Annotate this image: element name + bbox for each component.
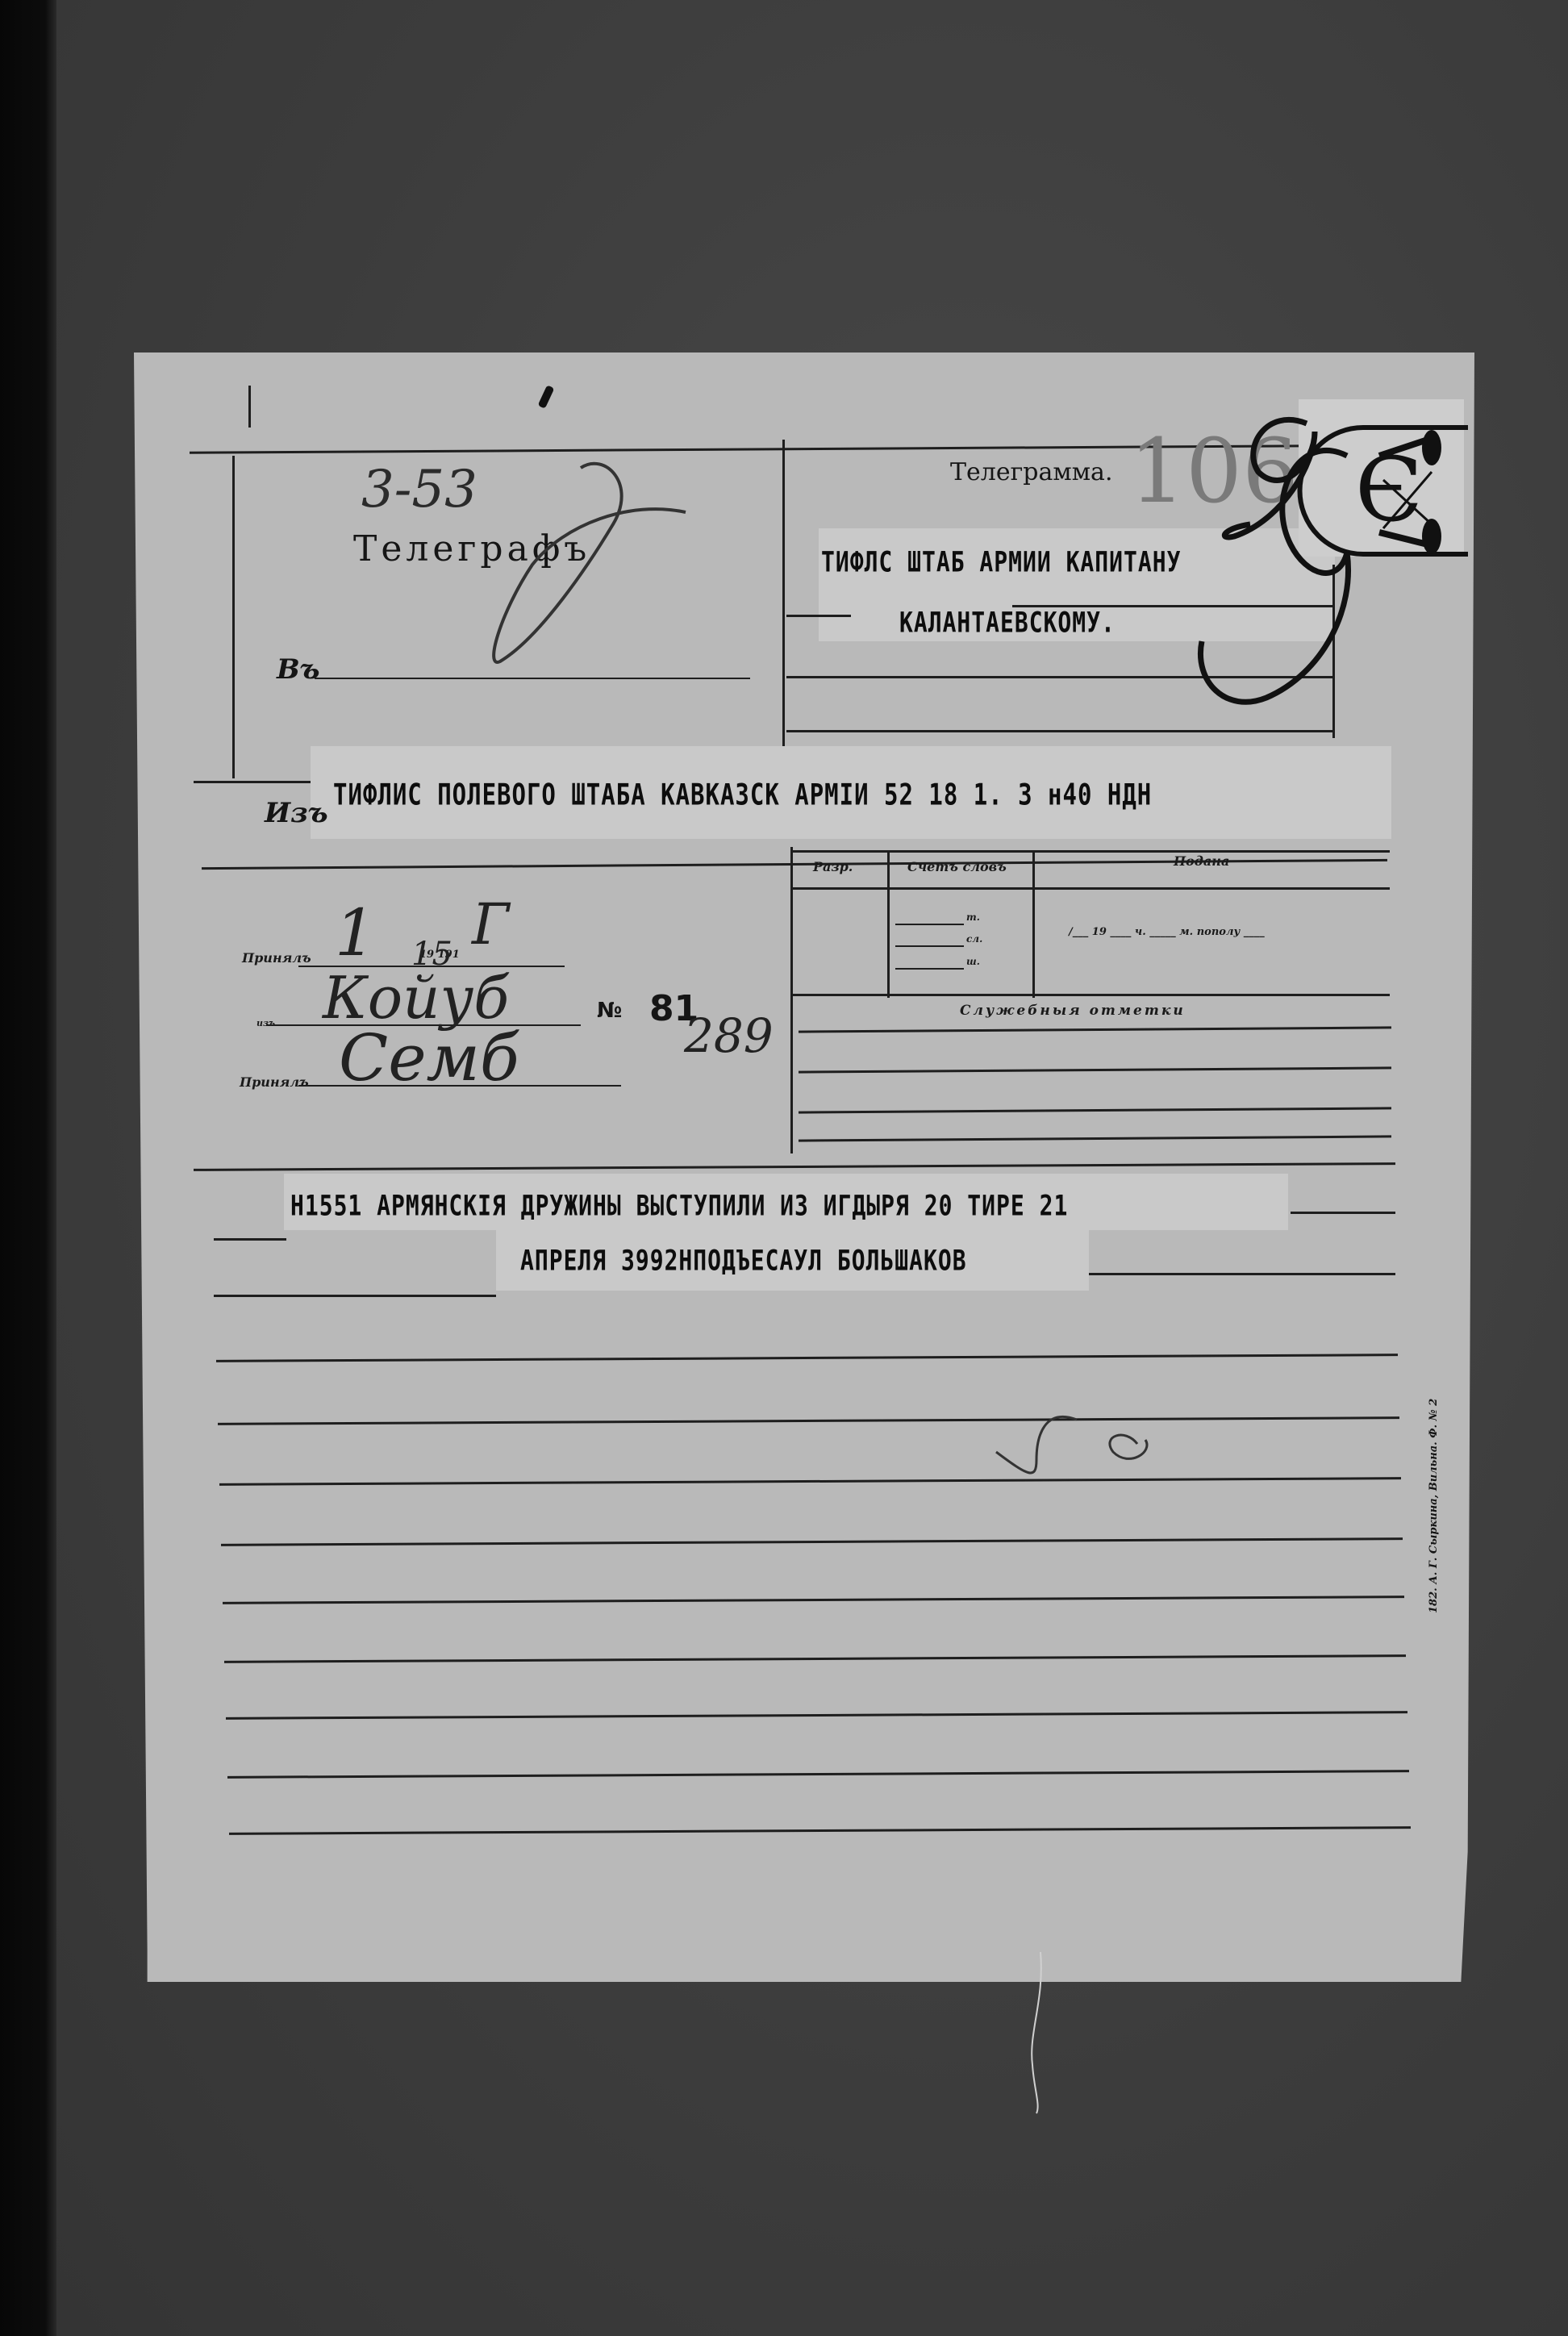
signature-handwritten: Семб — [339, 1020, 519, 1095]
table-top-rule — [793, 850, 1390, 853]
table-col-divider-1 — [887, 853, 890, 998]
title-telegram: Телеграмма. — [950, 458, 1112, 486]
year-mark: Г — [472, 891, 509, 957]
handwritten-flourish — [452, 452, 694, 678]
from-line-label: изъ — [256, 1018, 275, 1028]
address-line-1: ТИФЛС ШТАБ АРМИИ КАПИТАНУ — [821, 545, 1181, 578]
message-rule-1a — [214, 1238, 286, 1241]
table-left-border — [790, 847, 793, 1153]
category-header: Разр. — [813, 859, 853, 874]
word-count-unit-2: сл. — [966, 933, 982, 945]
service-notes-top-rule — [793, 994, 1390, 996]
edge-mark — [248, 386, 251, 428]
number-suffix-handwritten: 289 — [684, 1008, 774, 1063]
word-count-line-3 — [895, 968, 964, 970]
word-count-line-1 — [895, 924, 964, 925]
origin-rule-left — [194, 781, 311, 783]
submitted-time-line: /___ 19 ____ ч. _____ м. пополу ____ — [1069, 926, 1265, 938]
number-label: № — [597, 999, 622, 1023]
bottom-mark-text: 59 — [0, 0, 1, 1]
message-rule-2b — [1089, 1273, 1395, 1275]
table-col-divider-2 — [1032, 853, 1035, 998]
table-header-rule — [793, 887, 1390, 890]
word-count-unit-1: т. — [966, 911, 980, 923]
address-rule-3 — [786, 730, 1335, 732]
film-edge — [0, 0, 56, 2336]
received-day: 1 — [335, 895, 376, 970]
to-field-line — [315, 678, 750, 679]
word-count-line-2 — [895, 945, 964, 947]
stamp-number: 9 — [1363, 484, 1364, 485]
address-rule-1a — [786, 615, 851, 617]
word-count-header: Счетъ словъ — [907, 859, 1007, 874]
left-box-border — [232, 456, 235, 778]
origin-line: ТИФЛИС ПОЛЕВОГО ШТАБА КАВКАЗСК АРМIИ 52 … — [333, 778, 1152, 812]
message-rule-2a — [214, 1295, 496, 1297]
message-rule-1b — [1291, 1212, 1395, 1214]
word-count-unit-3: ш. — [966, 956, 980, 967]
submitted-header: Подана — [1174, 853, 1229, 869]
from-label: Изъ — [265, 797, 328, 829]
handwritten-signature-nine — [1145, 399, 1387, 722]
message-line-2: АПРЕЛЯ 3992НПОДЪЕСАУЛ БОЛЬШАКОВ — [520, 1244, 967, 1277]
service-notes-label: Служебныя отметки — [960, 1003, 1186, 1019]
to-label: Въ — [277, 653, 319, 686]
accepted-label: Принялъ — [240, 1074, 309, 1090]
handwritten-bottom-mark — [980, 1404, 1166, 1484]
lint-thread — [1024, 1952, 1057, 2113]
center-divider — [782, 440, 785, 746]
message-line-1: Н1551 АРМЯНСКIЯ ДРУЖИНЫ ВЫСТУПИЛИ ИЗ ИГД… — [290, 1189, 1068, 1222]
received-label: Принялъ — [242, 950, 311, 966]
address-line-2: КАЛАНТАЕВСКОМУ. — [899, 606, 1116, 639]
printer-imprint: 182. А. Г. Сыркина, Вильна. Ф. № 2 — [1428, 1399, 1440, 1613]
